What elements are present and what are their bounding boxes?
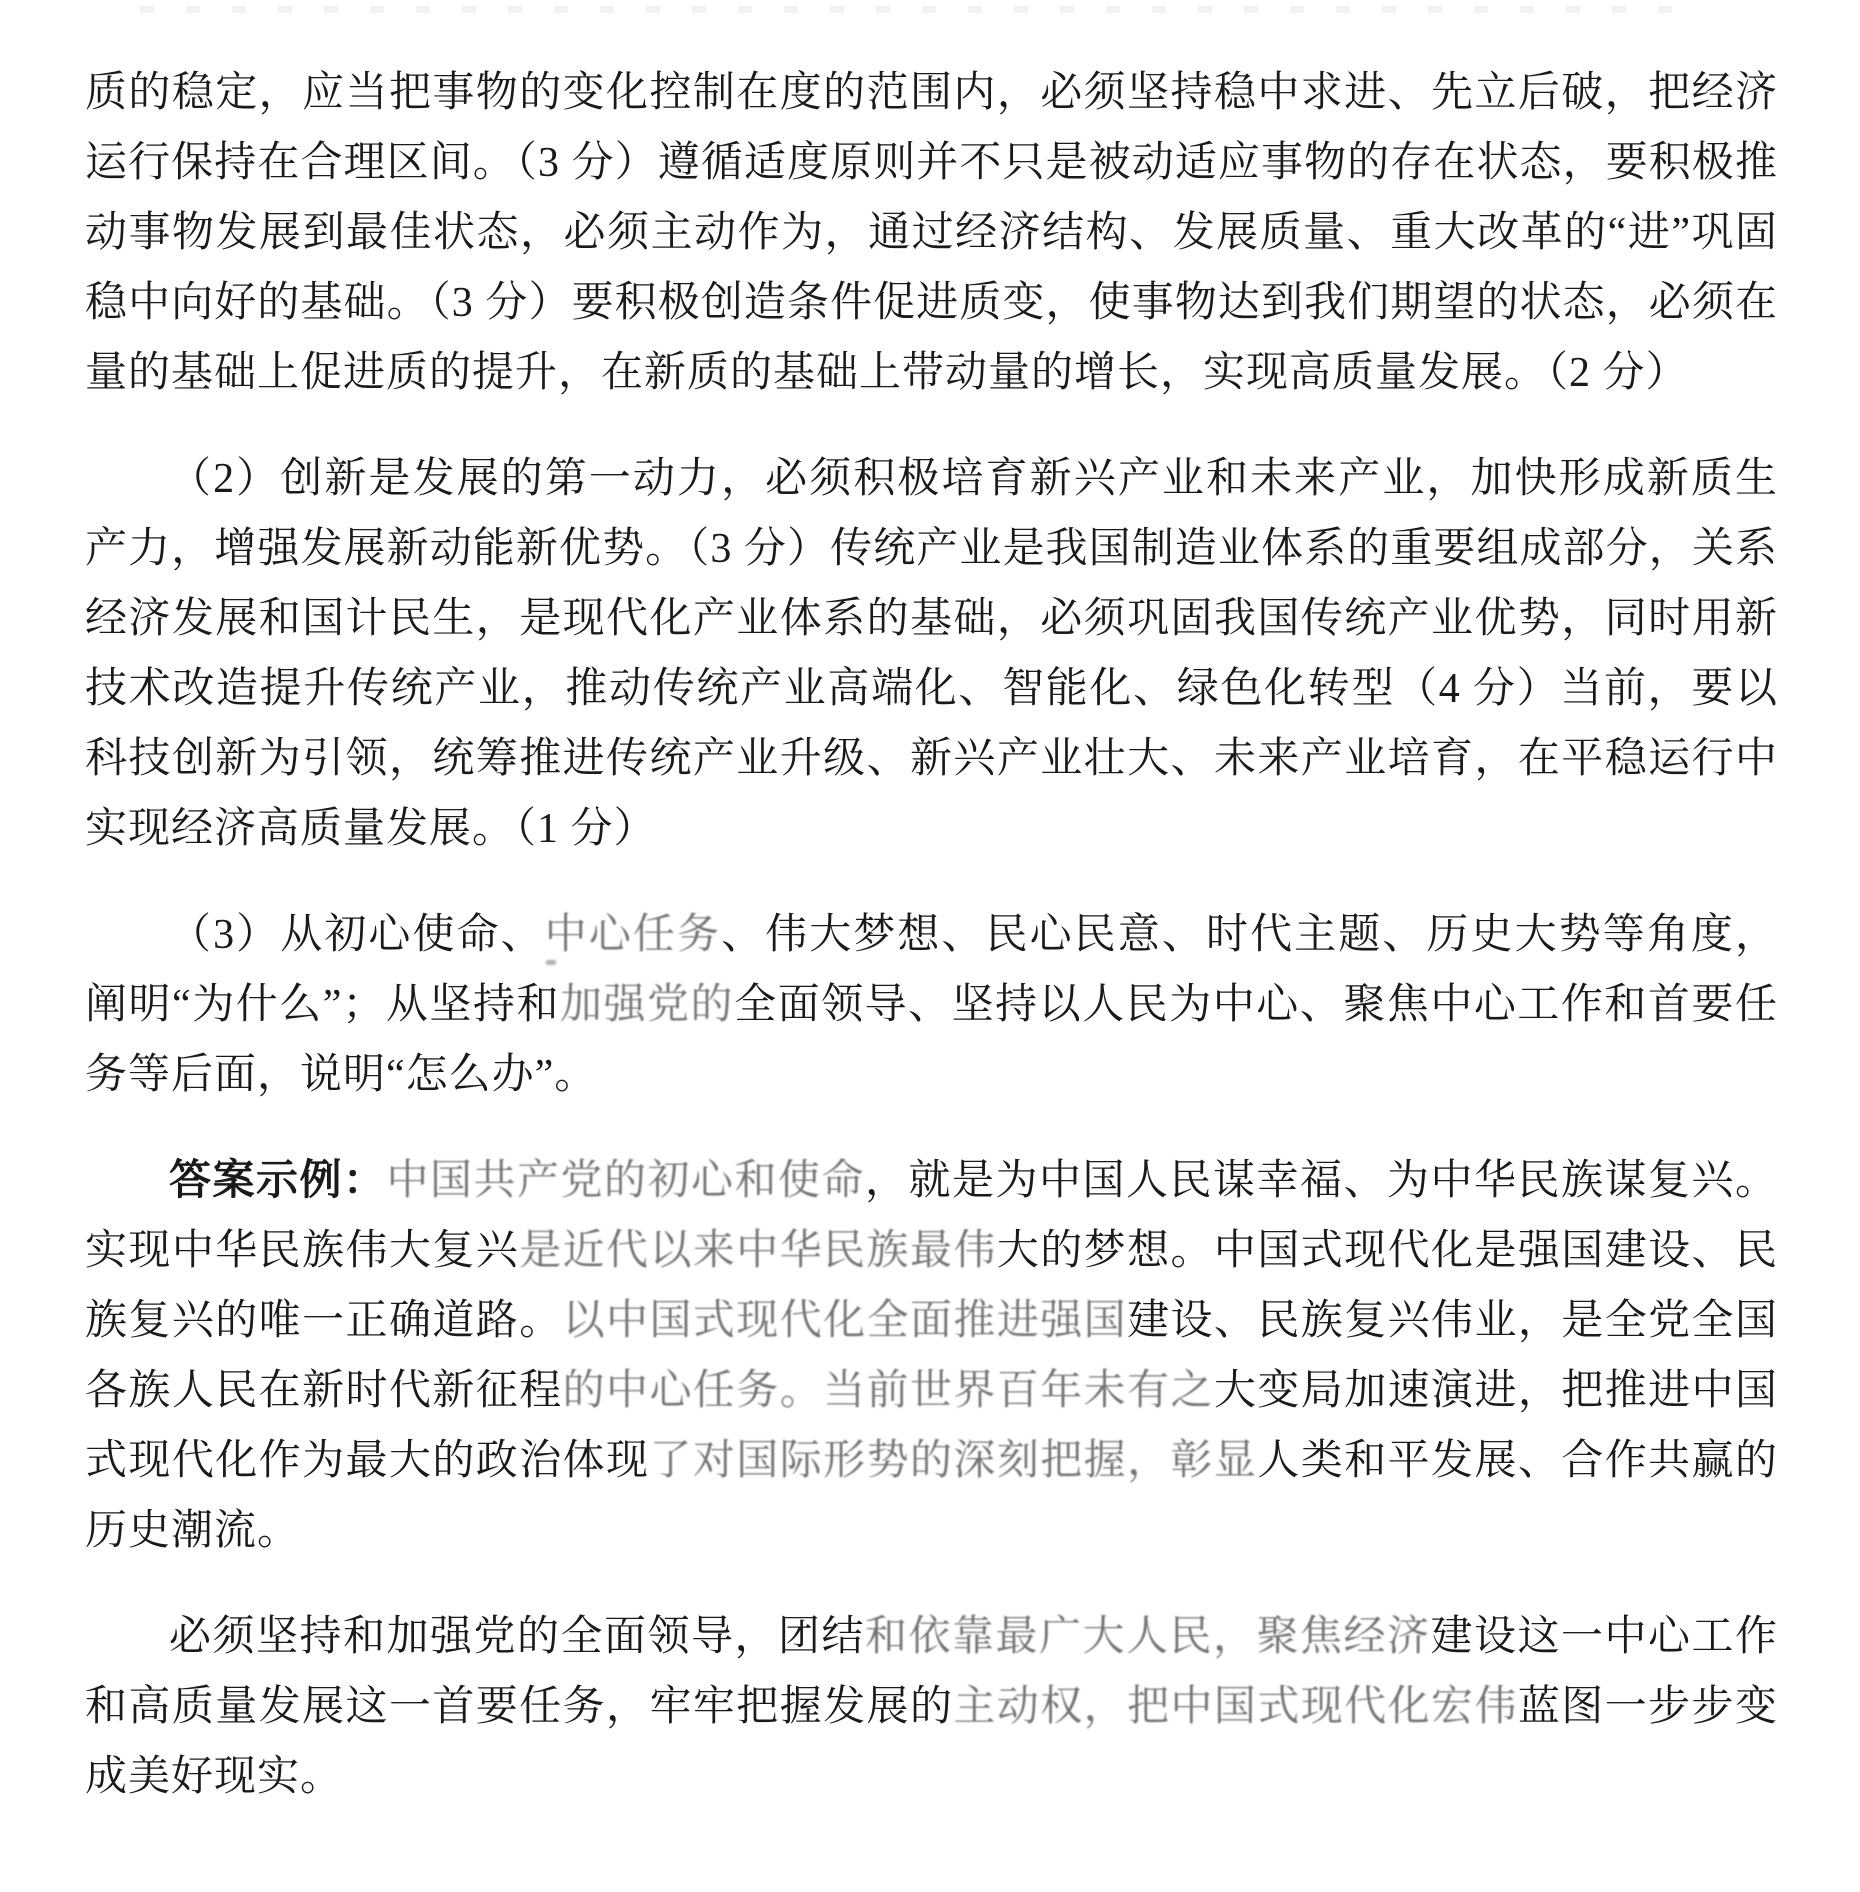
cropped-line-fragments [140, 6, 1700, 13]
text-segment-faded: 主动权，把中国式现代化宏伟 [953, 1684, 1517, 1730]
text-segment-faded: 中心任务 [545, 912, 721, 958]
text-segment-faded: 了对国际形势的深刻把握，彰显 [649, 1438, 1257, 1484]
answer-example-label: 答案示例： [169, 1158, 387, 1204]
scan-artifact-dot [546, 960, 556, 965]
text-segment-faded: 加强党的 [560, 982, 734, 1028]
paragraph-4: 答案示例：中国共产党的初心和使命，就是为中国人民谋幸福、为中华民族谋复兴。实现中… [85, 1146, 1778, 1566]
paragraph-2: （2）创新是发展的第一动力，必须积极培育新兴产业和未来产业，加快形成新质生产力，… [85, 444, 1778, 864]
text-segment-faded: 以中国式现代化全面推进强国 [563, 1298, 1127, 1344]
text-segment-faded: 的中心任务。当前世界百年未有之 [563, 1368, 1214, 1414]
text-segment: （3）从初心使命、 [169, 912, 545, 958]
text-segment-faded: 是近代以来中华民族最伟 [519, 1228, 997, 1274]
text-segment: 质的稳定，应当把事物的变化控制在度的范围内，必须坚持稳中求进、先立后破，把经济运… [85, 70, 1778, 396]
text-segment: （2）创新是发展的第一动力，必须积极培育新兴产业和未来产业，加快形成新质生产力，… [85, 456, 1778, 852]
document-page: 质的稳定，应当把事物的变化控制在度的范围内，必须坚持稳中求进、先立后破，把经济运… [0, 0, 1860, 1892]
paragraph-1: 质的稳定，应当把事物的变化控制在度的范围内，必须坚持稳中求进、先立后破，把经济运… [85, 58, 1778, 408]
text-segment-faded: 中国共产党的初心和使命 [387, 1158, 866, 1204]
text-segment-faded: 和依靠最广大人民，聚焦经济 [865, 1614, 1430, 1660]
paragraph-5: 必须坚持和加强党的全面领导，团结和依靠最广大人民，聚焦经济建设这一中心工作和高质… [85, 1602, 1778, 1812]
text-segment: 必须坚持和加强党的全面领导，团结 [169, 1614, 865, 1660]
paragraph-3: （3）从初心使命、中心任务、伟大梦想、民心民意、时代主题、历史大势等角度，阐明“… [85, 900, 1778, 1110]
